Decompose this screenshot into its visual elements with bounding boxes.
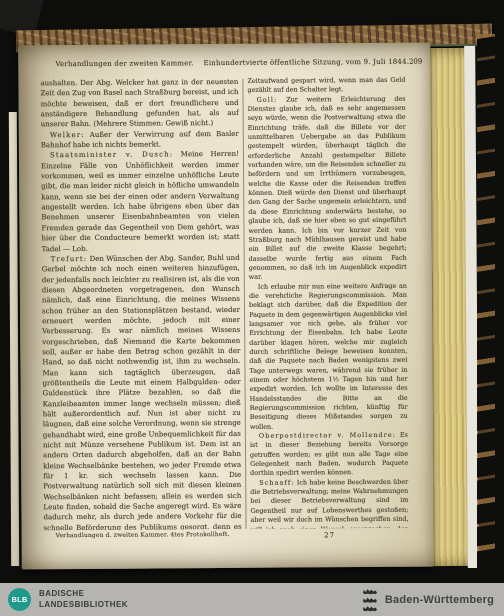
paragraph: Goll:Zur weitern Erleichterung des Diens…: [248, 94, 407, 282]
bw-lions-icon: [361, 587, 378, 612]
column-divider-rule: [242, 79, 246, 529]
library-name-line1: BADISCHE: [39, 589, 128, 600]
header-session: Einhundertvierte öffentliche Sitzung, vo…: [203, 58, 409, 67]
page-number: 209: [409, 58, 422, 66]
left-column: aushalten. Der Abg. Welcker hat ganz in …: [40, 77, 241, 530]
paragraph: Trefurt:Den Wünschen der Abg. Sander, Bu…: [42, 253, 242, 531]
paragraph-text: Meine Herren! Einzelne Fälle von Unhöfli…: [41, 150, 240, 252]
sheet-mark: 27: [251, 531, 409, 540]
library-name: BADISCHE LANDESBIBLIOTHEK: [39, 589, 128, 611]
speaker-name: Welker:: [50, 131, 90, 139]
blb-logo: BLB: [8, 588, 31, 611]
speaker-name: Trefurt:: [51, 255, 90, 263]
speaker-name: Oberpostdirector v. Mollendre:: [259, 431, 400, 440]
right-column: Zeitaufwand gespart wird, wenn man das G…: [247, 76, 408, 529]
book-scan-photo: Verhandlungen der zweiten Kammer. Einhun…: [0, 0, 504, 616]
underlying-page-edge: [9, 112, 19, 566]
paragraph: Staatsminister v. Dusch:Meine Herren! Ei…: [41, 149, 240, 254]
paragraph-text: Ich erlaube mir nun eine weitere Anfrage…: [249, 281, 408, 430]
library-name-line2: LANDESBIBLIOTHEK: [39, 600, 128, 611]
cover-marbled-edge: [477, 34, 495, 568]
blb-logo-text: BLB: [11, 595, 27, 604]
speaker-name: Goll:: [257, 95, 287, 103]
speaker-name: Staatsminister v. Dusch:: [50, 151, 181, 160]
paragraph: aushalten. Der Abg. Welcker hat ganz in …: [40, 77, 238, 130]
page-block-fore-edge: [427, 48, 469, 566]
paragraph: Welker:Außer der Verwirrung auf dem Basl…: [41, 129, 239, 151]
paragraph: Zeitaufwand gespart wird, wenn man das G…: [247, 76, 405, 96]
bw-logo-group: Baden-Württemberg: [361, 587, 494, 612]
text-columns: aushalten. Der Abg. Welcker hat ganz in …: [40, 76, 427, 531]
paragraph-text: Zur weitern Erleichterung des Dienstes g…: [248, 94, 407, 281]
scanned-page: Verhandlungen der zweiten Kammer. Einhun…: [18, 43, 434, 570]
library-footer-bar: BLB BADISCHE LANDESBIBLIOTHEK Baden-Würt…: [0, 583, 504, 616]
header-journal: Verhandlungen der zweiten Kammer.: [55, 59, 193, 68]
paragraph-text: Zeitaufwand gespart wird, wenn man das G…: [247, 76, 405, 94]
blb-logo-group: BLB BADISCHE LANDESBIBLIOTHEK: [8, 588, 128, 611]
running-header: Verhandlungen der zweiten Kammer. Einhun…: [40, 58, 424, 72]
paragraph: Schaaff:Ich habe keine Beschwerden über …: [250, 478, 409, 531]
paragraph-text: aushalten. Der Abg. Welcker hat ganz in …: [40, 78, 238, 129]
paragraph-text: Den Wünschen der Abg. Sander, Buhl und G…: [42, 254, 242, 531]
page-bottom-row: Verhandlungen d. zweiten Kammer. 4tes Pr…: [44, 531, 428, 542]
paragraph: Ich erlaube mir nun eine weitere Anfrage…: [249, 281, 408, 432]
paragraph: Oberpostdirector v. Mollendre:Es ist in …: [250, 431, 408, 479]
page-content: Verhandlungen der zweiten Kammer. Einhun…: [40, 58, 427, 542]
state-name: Baden-Württemberg: [385, 594, 494, 606]
signature-line: Verhandlungen d. zweiten Kammer. 4tes Pr…: [44, 532, 242, 541]
speaker-name: Schaaff:: [259, 478, 297, 486]
